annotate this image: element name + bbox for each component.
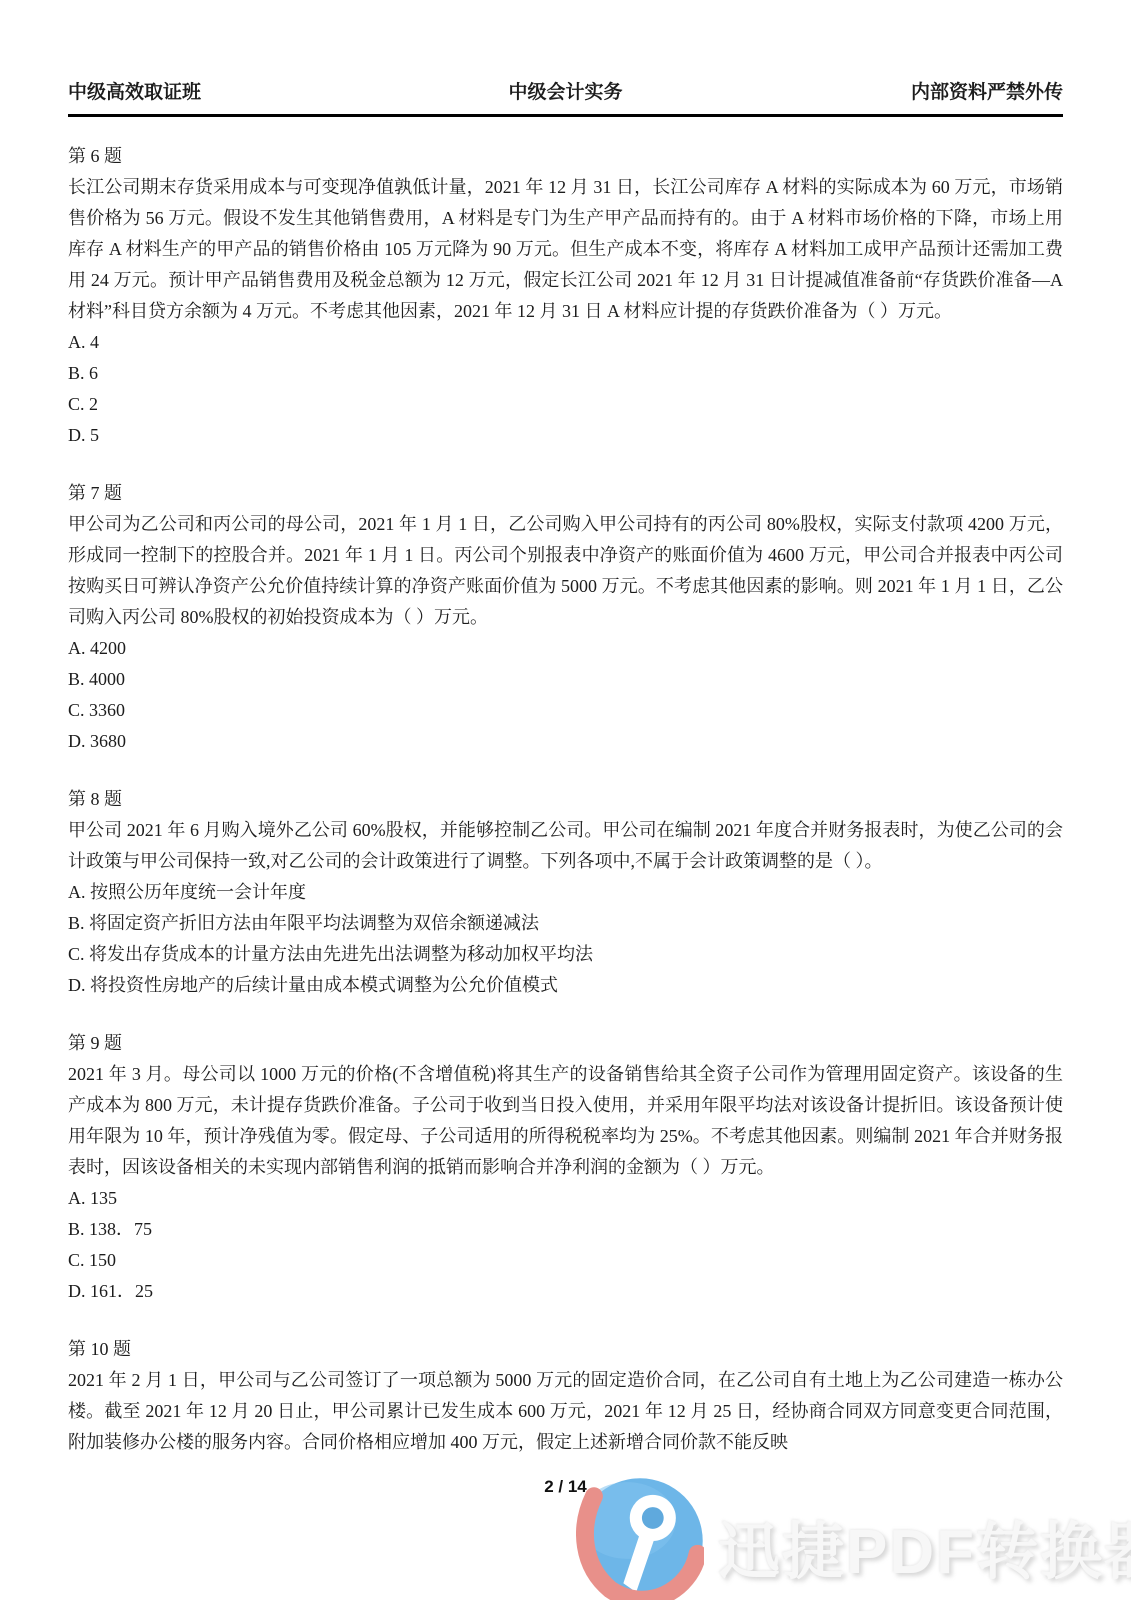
question-stem: 长江公司期末存货采用成本与可变现净值孰低计量，2021 年 12 月 31 日，… [68, 172, 1063, 327]
question-7: 第 7 题 甲公司为乙公司和丙公司的母公司，2021 年 1 月 1 日，乙公司… [68, 478, 1063, 757]
question-stem: 甲公司 2021 年 6 月购入境外乙公司 60%股权，并能够控制乙公司。甲公司… [68, 815, 1063, 877]
option-b: B. 将固定资产折旧方法由年限平均法调整为双倍余额递减法 [68, 908, 1063, 939]
question-number: 第 9 题 [68, 1028, 1063, 1059]
question-number: 第 10 题 [68, 1334, 1063, 1365]
header-course-label: 中级高效取证班 [68, 82, 201, 104]
questions-area: 第 6 题 长江公司期末存货采用成本与可变现净值孰低计量，2021 年 12 月… [68, 141, 1063, 1458]
option-c: C. 2 [68, 389, 1063, 420]
question-number: 第 7 题 [68, 478, 1063, 509]
question-6: 第 6 题 长江公司期末存货采用成本与可变现净值孰低计量，2021 年 12 月… [68, 141, 1063, 451]
document-page: 中级高效取证班 中级会计实务 内部资料严禁外传 第 6 题 长江公司期末存货采用… [0, 0, 1131, 1600]
question-stem: 甲公司为乙公司和丙公司的母公司，2021 年 1 月 1 日，乙公司购入甲公司持… [68, 509, 1063, 633]
header-subject-label: 中级会计实务 [508, 82, 622, 104]
option-a: A. 135 [68, 1183, 1063, 1214]
question-10: 第 10 题 2021 年 2 月 1 日，甲公司与乙公司签订了一项总额为 50… [68, 1334, 1063, 1458]
question-stem: 2021 年 2 月 1 日，甲公司与乙公司签订了一项总额为 5000 万元的固… [68, 1365, 1063, 1458]
question-number: 第 8 题 [68, 784, 1063, 815]
option-a: A. 4200 [68, 633, 1063, 664]
option-d: D. 3680 [68, 726, 1063, 757]
pdf-converter-logo-icon [576, 1477, 704, 1600]
option-c: C. 3360 [68, 695, 1063, 726]
header-notice-label: 内部资料严禁外传 [911, 82, 1063, 104]
option-b: B. 6 [68, 358, 1063, 389]
option-b: B. 138．75 [68, 1214, 1063, 1245]
question-8: 第 8 题 甲公司 2021 年 6 月购入境外乙公司 60%股权，并能够控制乙… [68, 784, 1063, 1001]
question-stem: 2021 年 3 月。母公司以 1000 万元的价格(不含增值税)将其生产的设备… [68, 1059, 1063, 1183]
option-d: D. 5 [68, 420, 1063, 451]
option-c: C. 将发出存货成本的计量方法由先进先出法调整为移动加权平均法 [68, 939, 1063, 970]
pdf-converter-watermark: 迅捷PDF转换器 [576, 1477, 1131, 1600]
watermark-text: 迅捷PDF转换器 [718, 1502, 1131, 1591]
question-number: 第 6 题 [68, 141, 1063, 172]
question-9: 第 9 题 2021 年 3 月。母公司以 1000 万元的价格(不含增值税)将… [68, 1028, 1063, 1307]
option-a: A. 4 [68, 327, 1063, 358]
option-d: D. 将投资性房地产的后续计量由成本模式调整为公允价值模式 [68, 970, 1063, 1001]
option-b: B. 4000 [68, 664, 1063, 695]
page-header: 中级高效取证班 中级会计实务 内部资料严禁外传 [68, 82, 1063, 117]
option-a: A. 按照公历年度统一会计年度 [68, 877, 1063, 908]
option-c: C. 150 [68, 1245, 1063, 1276]
option-d: D. 161．25 [68, 1276, 1063, 1307]
